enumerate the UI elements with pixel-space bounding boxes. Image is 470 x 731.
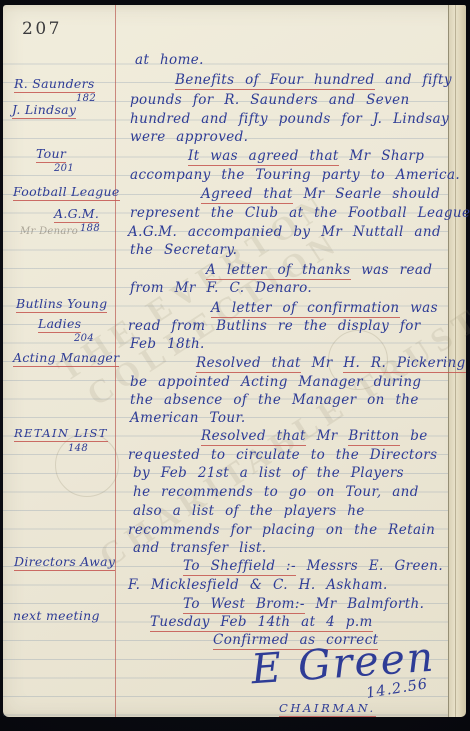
text: F. Micklesfield & C. H. Askham. (128, 577, 388, 593)
underlined-text: Benefits of Four hundred (175, 72, 375, 90)
text: from Mr F. C. Denaro. (130, 280, 312, 296)
text: and fifty (375, 72, 452, 88)
body-line: Agreed that Mr Searle should (201, 186, 440, 202)
text: Messrs E. Green. (296, 558, 443, 574)
body-line: To West Brom:- Mr Balmforth. (183, 596, 424, 612)
text: hundred and fifty pounds for J. Lindsay (130, 111, 449, 127)
body-line: recommends for placing on the Retain (128, 522, 435, 538)
text: the absence of the Manager on the (130, 392, 419, 408)
body-line: the Secretary. (130, 242, 237, 258)
minute-book-page: THE EVERTON COLLECTION CHARITABLE TRUST … (3, 5, 465, 717)
text: Mr (306, 428, 348, 444)
body-line: he recommends to go on Tour, and (133, 484, 419, 500)
text: also a list of the players he (133, 503, 365, 519)
underlined-text: A letter of confirmation (211, 300, 400, 318)
text: Mr Balmforth. (305, 596, 425, 612)
body-line: from Mr F. C. Denaro. (130, 280, 312, 296)
text: and transfer list. (133, 540, 266, 556)
text: Mr (301, 355, 343, 371)
text: pounds for R. Saunders and Seven (130, 92, 410, 108)
body-line: accompany the Touring party to America. (130, 167, 460, 183)
margin-note: next meeting (13, 608, 100, 623)
body-line: American Tour. (130, 410, 246, 426)
body-line: A.G.M. accompanied by Mr Nuttall and (128, 224, 441, 240)
text: at home. (135, 52, 204, 68)
body-line: pounds for R. Saunders and Seven (130, 92, 410, 108)
margin-note: 204 (74, 333, 94, 344)
text: Mr Sharp (339, 148, 425, 164)
margin-note: Butlins Young (16, 296, 107, 313)
margin-note: Ladies (38, 316, 81, 333)
body-line: Tuesday Feb 14th at 4 p.m (150, 614, 373, 630)
text: he recommends to go on Tour, and (133, 484, 419, 500)
body-line: F. Micklesfield & C. H. Askham. (128, 577, 388, 593)
body-line: at home. (135, 52, 204, 68)
underlined-text: It was agreed that (188, 148, 339, 166)
margin-note: Tour (36, 146, 66, 163)
underlined-text: Resolved that (201, 428, 306, 446)
body-line: It was agreed that Mr Sharp (188, 148, 424, 164)
body-line: Feb 18th. (130, 336, 205, 352)
text: American Tour. (130, 410, 246, 426)
page-number: 207 (22, 19, 62, 39)
margin-note: 188 (80, 223, 100, 234)
body-line: and transfer list. (133, 540, 266, 556)
underlined-text: A letter of thanks (206, 262, 351, 280)
body-line: requested to circulate to the Directors (128, 447, 437, 463)
margin-note: Football League (13, 184, 120, 201)
body-line: Resolved that Mr Britton be (201, 428, 428, 444)
text: Feb 18th. (130, 336, 205, 352)
body-line: represent the Club at the Football Leagu… (130, 205, 470, 221)
text: recommends for placing on the Retain (128, 522, 435, 538)
text: were approved. (130, 129, 248, 145)
margin-note: Acting Manager (13, 350, 119, 367)
underlined-text: Britton (348, 428, 399, 446)
margin-note: 182 (76, 93, 96, 104)
text: be (400, 428, 428, 444)
underlined-text: Tuesday Feb 14th at 4 p.m (150, 614, 373, 632)
margin-note: R. Saunders (14, 76, 95, 93)
margin-note: 201 (54, 163, 74, 174)
text: represent the Club at the Football Leagu… (130, 205, 470, 221)
text: A.G.M. accompanied by Mr Nuttall and (128, 224, 441, 240)
margin-note: A.G.M. (54, 206, 99, 223)
text: was read (351, 262, 433, 278)
margin-note-pencil: Mr Denaro (20, 226, 78, 237)
underlined-text: To West Brom:- (183, 596, 305, 614)
underlined-text: H. R. Pickering (343, 355, 465, 373)
chairman-label: CHAIRMAN. (279, 701, 376, 717)
body-line: To Sheffield :- Messrs E. Green. (183, 558, 443, 574)
body-line: were approved. (130, 129, 248, 145)
margin-note: 148 (68, 443, 88, 454)
body-line: A letter of confirmation was (211, 300, 438, 316)
body-line: read from Butlins re the display for (128, 318, 421, 334)
margin-note: Directors Away (14, 554, 115, 571)
text: the Secretary. (130, 242, 237, 258)
text: accompany the Touring party to America. (130, 167, 460, 183)
text: Mr Searle should (293, 186, 440, 202)
body-line: Resolved that Mr H. R. Pickering (196, 355, 466, 371)
margin-note: J. Lindsay (12, 102, 76, 119)
body-line: A letter of thanks was read (206, 262, 432, 278)
margin-note: RETAIN LIST (14, 426, 108, 442)
text: read from Butlins re the display for (128, 318, 421, 334)
body-line: by Feb 21st a list of the Players (133, 465, 404, 481)
underlined-text: Resolved that (196, 355, 301, 373)
body-line: Benefits of Four hundred and fifty (175, 72, 452, 88)
minute-book-photo: THE EVERTON COLLECTION CHARITABLE TRUST … (0, 0, 470, 731)
underlined-text: To Sheffield :- (183, 558, 296, 576)
body-line: also a list of the players he (133, 503, 365, 519)
body-line: hundred and fifty pounds for J. Lindsay (130, 111, 449, 127)
underlined-text: Agreed that (201, 186, 293, 204)
text: be appointed Acting Manager during (130, 374, 421, 390)
text: requested to circulate to the Directors (128, 447, 437, 463)
text: by Feb 21st a list of the Players (133, 465, 404, 481)
body-line: be appointed Acting Manager during (130, 374, 421, 390)
text: was (400, 300, 438, 316)
body-line: the absence of the Manager on the (130, 392, 419, 408)
